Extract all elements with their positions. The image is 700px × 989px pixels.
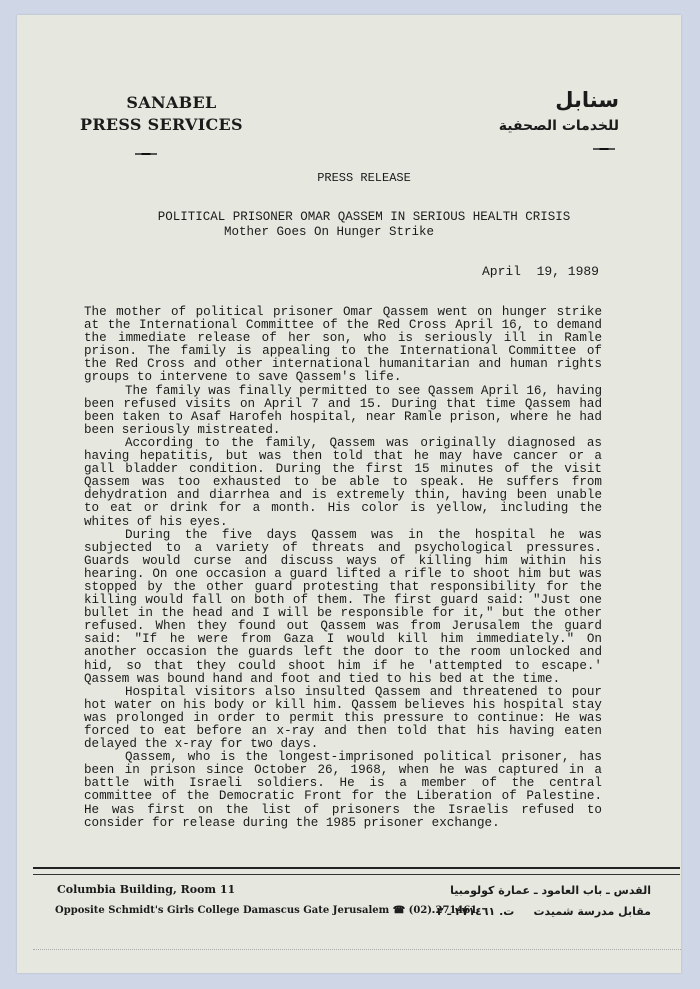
document-page: SANABEL PRESS SERVICES سنابل للخدمات الص… <box>17 15 681 973</box>
address-line-2-arabic: مقابل مدرسة شميدت ت. ٢٧١٤٦١ ـ ٠٢ <box>430 904 651 920</box>
brand-subtitle: PRESS SERVICES <box>80 114 243 136</box>
footer-address-arabic: القدس ـ باب العامود ـ عمارة كولومبيا مقا… <box>430 883 651 920</box>
paragraph: According to the family, Qassem was orig… <box>84 437 602 529</box>
paragraph: During the five days Qassem was in the h… <box>84 529 602 686</box>
address-line-1: Columbia Building, Room 11 <box>57 883 477 897</box>
letterhead-english: SANABEL PRESS SERVICES <box>80 92 243 136</box>
document-type-label: PRESS RELEASE <box>17 171 681 185</box>
footer-address-english: Columbia Building, Room 11 Opposite Schm… <box>55 883 477 918</box>
address-line-2: Opposite Schmidt's Girls College Damascu… <box>55 904 477 918</box>
release-date: April 19, 1989 <box>482 264 599 279</box>
paragraph: The mother of political prisoner Omar Qa… <box>84 306 602 385</box>
headline: POLITICAL PRISONER OMAR QASSEM IN SERIOU… <box>158 210 571 224</box>
body-text: The mother of political prisoner Omar Qa… <box>84 306 602 830</box>
paragraph: Qassem, who is the longest-imprisoned po… <box>84 751 602 830</box>
paragraph: The family was finally permitted to see … <box>84 385 602 437</box>
bottom-fold-line <box>33 949 681 950</box>
paragraph: Hospital visitors also insulted Qassem a… <box>84 686 602 751</box>
headline-block: POLITICAL PRISONER OMAR QASSEM IN SERIOU… <box>17 210 681 240</box>
ornament-divider-left <box>135 153 157 155</box>
letterhead-arabic: سنابل للخدمات الصحفية <box>499 85 619 137</box>
brand-name: SANABEL <box>80 92 243 114</box>
address-line-1-arabic: القدس ـ باب العامود ـ عمارة كولومبيا <box>430 883 651 899</box>
footer-divider <box>33 867 680 875</box>
brand-subtitle-arabic: للخدمات الصحفية <box>499 115 619 137</box>
ornament-divider-right <box>593 148 615 150</box>
subheadline: Mother Goes On Hunger Strike <box>47 225 681 240</box>
brand-name-arabic: سنابل <box>499 85 619 115</box>
